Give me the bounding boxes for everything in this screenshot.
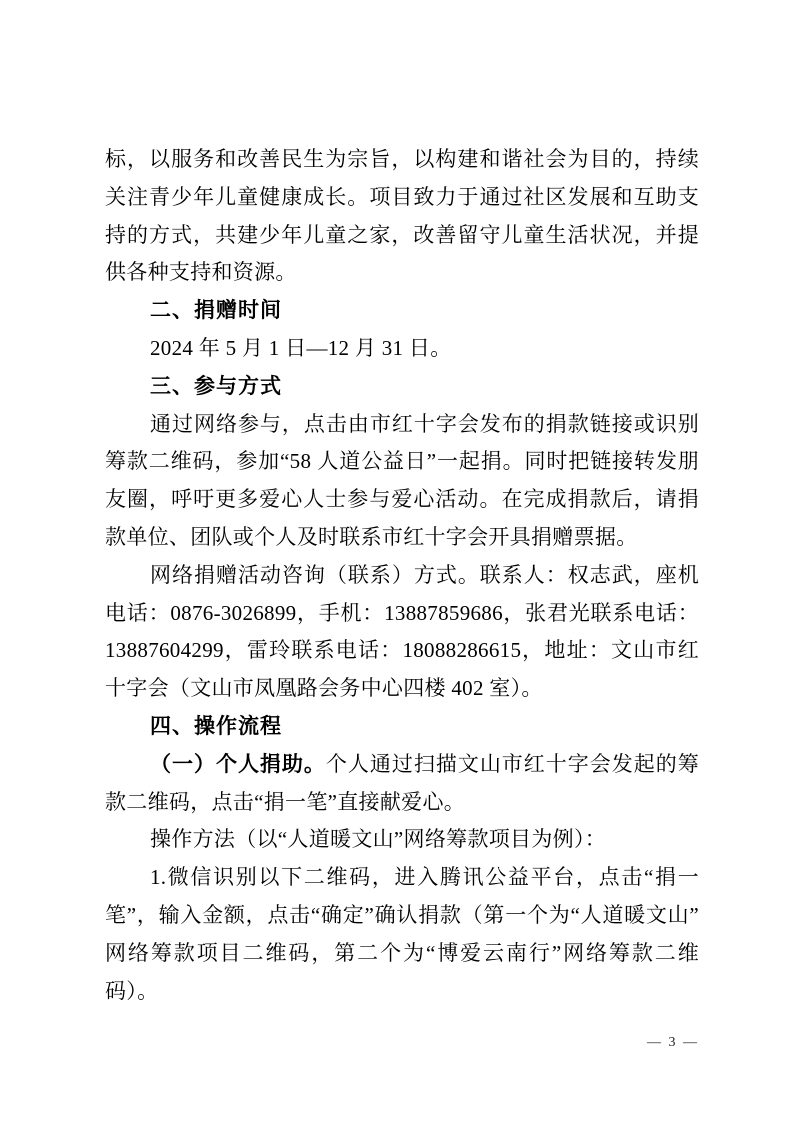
- paragraph-donation-period: 2024 年 5 月 1 日—12 月 31 日。: [105, 330, 699, 368]
- paragraph-operation-method-intro: 操作方法（以“人道暖文山”网络筹款项目为例）：: [105, 821, 699, 859]
- paragraph-contact-info: 网络捐赠活动咨询（联系）方式。联系人：权志武，座机电话：0876-3026899…: [105, 557, 699, 708]
- individual-donation-subheading: （一）个人捐助。: [150, 752, 326, 776]
- page-number: — 3 —: [647, 1033, 699, 1053]
- document-body: 标，以服务和改善民生为宗旨，以构建和谐社会为目的，持续关注青少年儿童健康成长。项…: [105, 141, 699, 1010]
- section-heading-operation-process: 四、操作流程: [105, 708, 699, 746]
- section-heading-participation-method: 三、参与方式: [105, 368, 699, 406]
- paragraph-participation-method: 通过网络参与，点击由市红十字会发布的捐款链接或识别筹款二维码，参加“58 人道公…: [105, 406, 699, 557]
- document-page: 标，以服务和改善民生为宗旨，以构建和谐社会为目的，持续关注青少年儿童健康成长。项…: [0, 0, 794, 1122]
- paragraph-intro-continuation: 标，以服务和改善民生为宗旨，以构建和谐社会为目的，持续关注青少年儿童健康成长。项…: [105, 141, 699, 292]
- paragraph-individual-donation: （一）个人捐助。个人通过扫描文山市红十字会发起的筹款二维码，点击“捐一笔”直接献…: [105, 746, 699, 822]
- paragraph-wechat-step-1: 1.微信识别以下二维码，进入腾讯公益平台，点击“捐一笔”，输入金额，点击“确定”…: [105, 859, 699, 1010]
- section-heading-donation-time: 二、捐赠时间: [105, 292, 699, 330]
